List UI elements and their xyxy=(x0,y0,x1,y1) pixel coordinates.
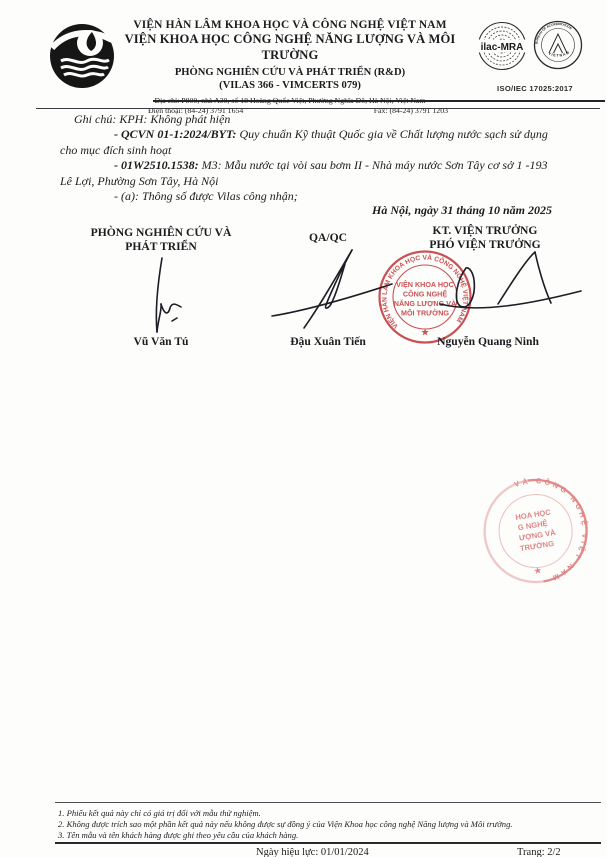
footer-divider-top xyxy=(55,802,601,803)
document-page: VIỆN HÀN LÂM KHOA HỌC VÀ CÔNG NGHỆ VIỆT … xyxy=(0,0,607,857)
effective-date-label: Ngày hiệu lực: 01/01/2024 xyxy=(256,847,369,857)
accreditation-seals: ilac-MRA BUREAU OF ACCREDITATION VIETNAM xyxy=(474,20,586,74)
footer-note: 2. Không được trích sao một phần kết quả… xyxy=(58,819,600,830)
notes-section: Ghi chú: KPH: Không phát hiện - QCVN 01-… xyxy=(60,112,588,204)
footer-divider-bottom xyxy=(55,842,601,844)
secondary-stamp-icon: VÀ CÔNG NGHỆ VIỆT NAM HOA HỌC G NGHỆ ƯỢN… xyxy=(473,468,600,599)
boa-ring-bottom-label: VIETNAM xyxy=(548,50,571,58)
date-place-line: Hà Nội, ngày 31 tháng 10 năm 2025 xyxy=(348,203,576,218)
footer-note: 3. Tên mẫu và tên khách hàng được ghi th… xyxy=(58,830,600,841)
signature-vu-van-tu xyxy=(122,252,192,347)
note-line: - QCVN 01-1:2024/BYT: Quy chuẩn Kỹ thuật… xyxy=(60,127,588,142)
note-line: Lê Lợi, Phường Sơn Tây, Hà Nội xyxy=(60,174,588,189)
svg-text:BUREAU OF ACCREDITATION: BUREAU OF ACCREDITATION xyxy=(535,22,574,44)
certification-codes: (VILAS 366 - VIMCERTS 079) xyxy=(104,79,476,92)
iso-standard-label: ISO/IEC 17025:2017 xyxy=(489,84,581,93)
boa-ring-top-label: BUREAU OF ACCREDITATION xyxy=(535,22,574,44)
signer-name-rnd: Vũ Văn Tú xyxy=(60,335,262,348)
signer-name-director: Nguyễn Quang Ninh xyxy=(404,335,572,348)
org-name-institute: VIỆN KHOA HỌC CÔNG NGHỆ NĂNG LƯỢNG VÀ MÔ… xyxy=(104,32,476,63)
signature-dau-xuan-tien xyxy=(268,242,398,342)
note-line: Ghi chú: KPH: Không phát hiện xyxy=(60,112,588,127)
footer-note: 1. Phiếu kết quả này chỉ có giá trị đối … xyxy=(58,808,600,819)
boa-vietnam-seal-icon: BUREAU OF ACCREDITATION VIETNAM xyxy=(535,22,582,69)
signature-nguyen-quang-ninh xyxy=(438,246,583,339)
header-divider-thin xyxy=(36,108,600,109)
department-name: PHÒNG NGHIÊN CỨU VÀ PHÁT TRIỂN (R&D) xyxy=(104,66,476,79)
note-line: cho mục đích sinh hoạt xyxy=(60,143,588,158)
signer-name-qaqc: Đậu Xuân Tiến xyxy=(262,335,394,348)
footer-notes: 1. Phiếu kết quả này chỉ có giá trị đối … xyxy=(58,808,600,841)
ilac-mra-seal-icon: ilac-MRA xyxy=(475,23,529,70)
svg-text:VIETNAM: VIETNAM xyxy=(548,50,571,58)
signer-title-rnd: PHÒNG NGHIÊN CỨU VÀ PHÁT TRIỂN xyxy=(60,226,262,253)
org-name-parent: VIỆN HÀN LÂM KHOA HỌC VÀ CÔNG NGHỆ VIỆT … xyxy=(104,18,476,32)
page-number-label: Trang: 2/2 xyxy=(517,847,561,857)
note-line: - 01W2510.1538: M3: Mẫu nước tại vòi sau… xyxy=(60,158,588,173)
header-divider-thick xyxy=(153,100,605,102)
ilac-mra-label: ilac-MRA xyxy=(481,42,524,53)
